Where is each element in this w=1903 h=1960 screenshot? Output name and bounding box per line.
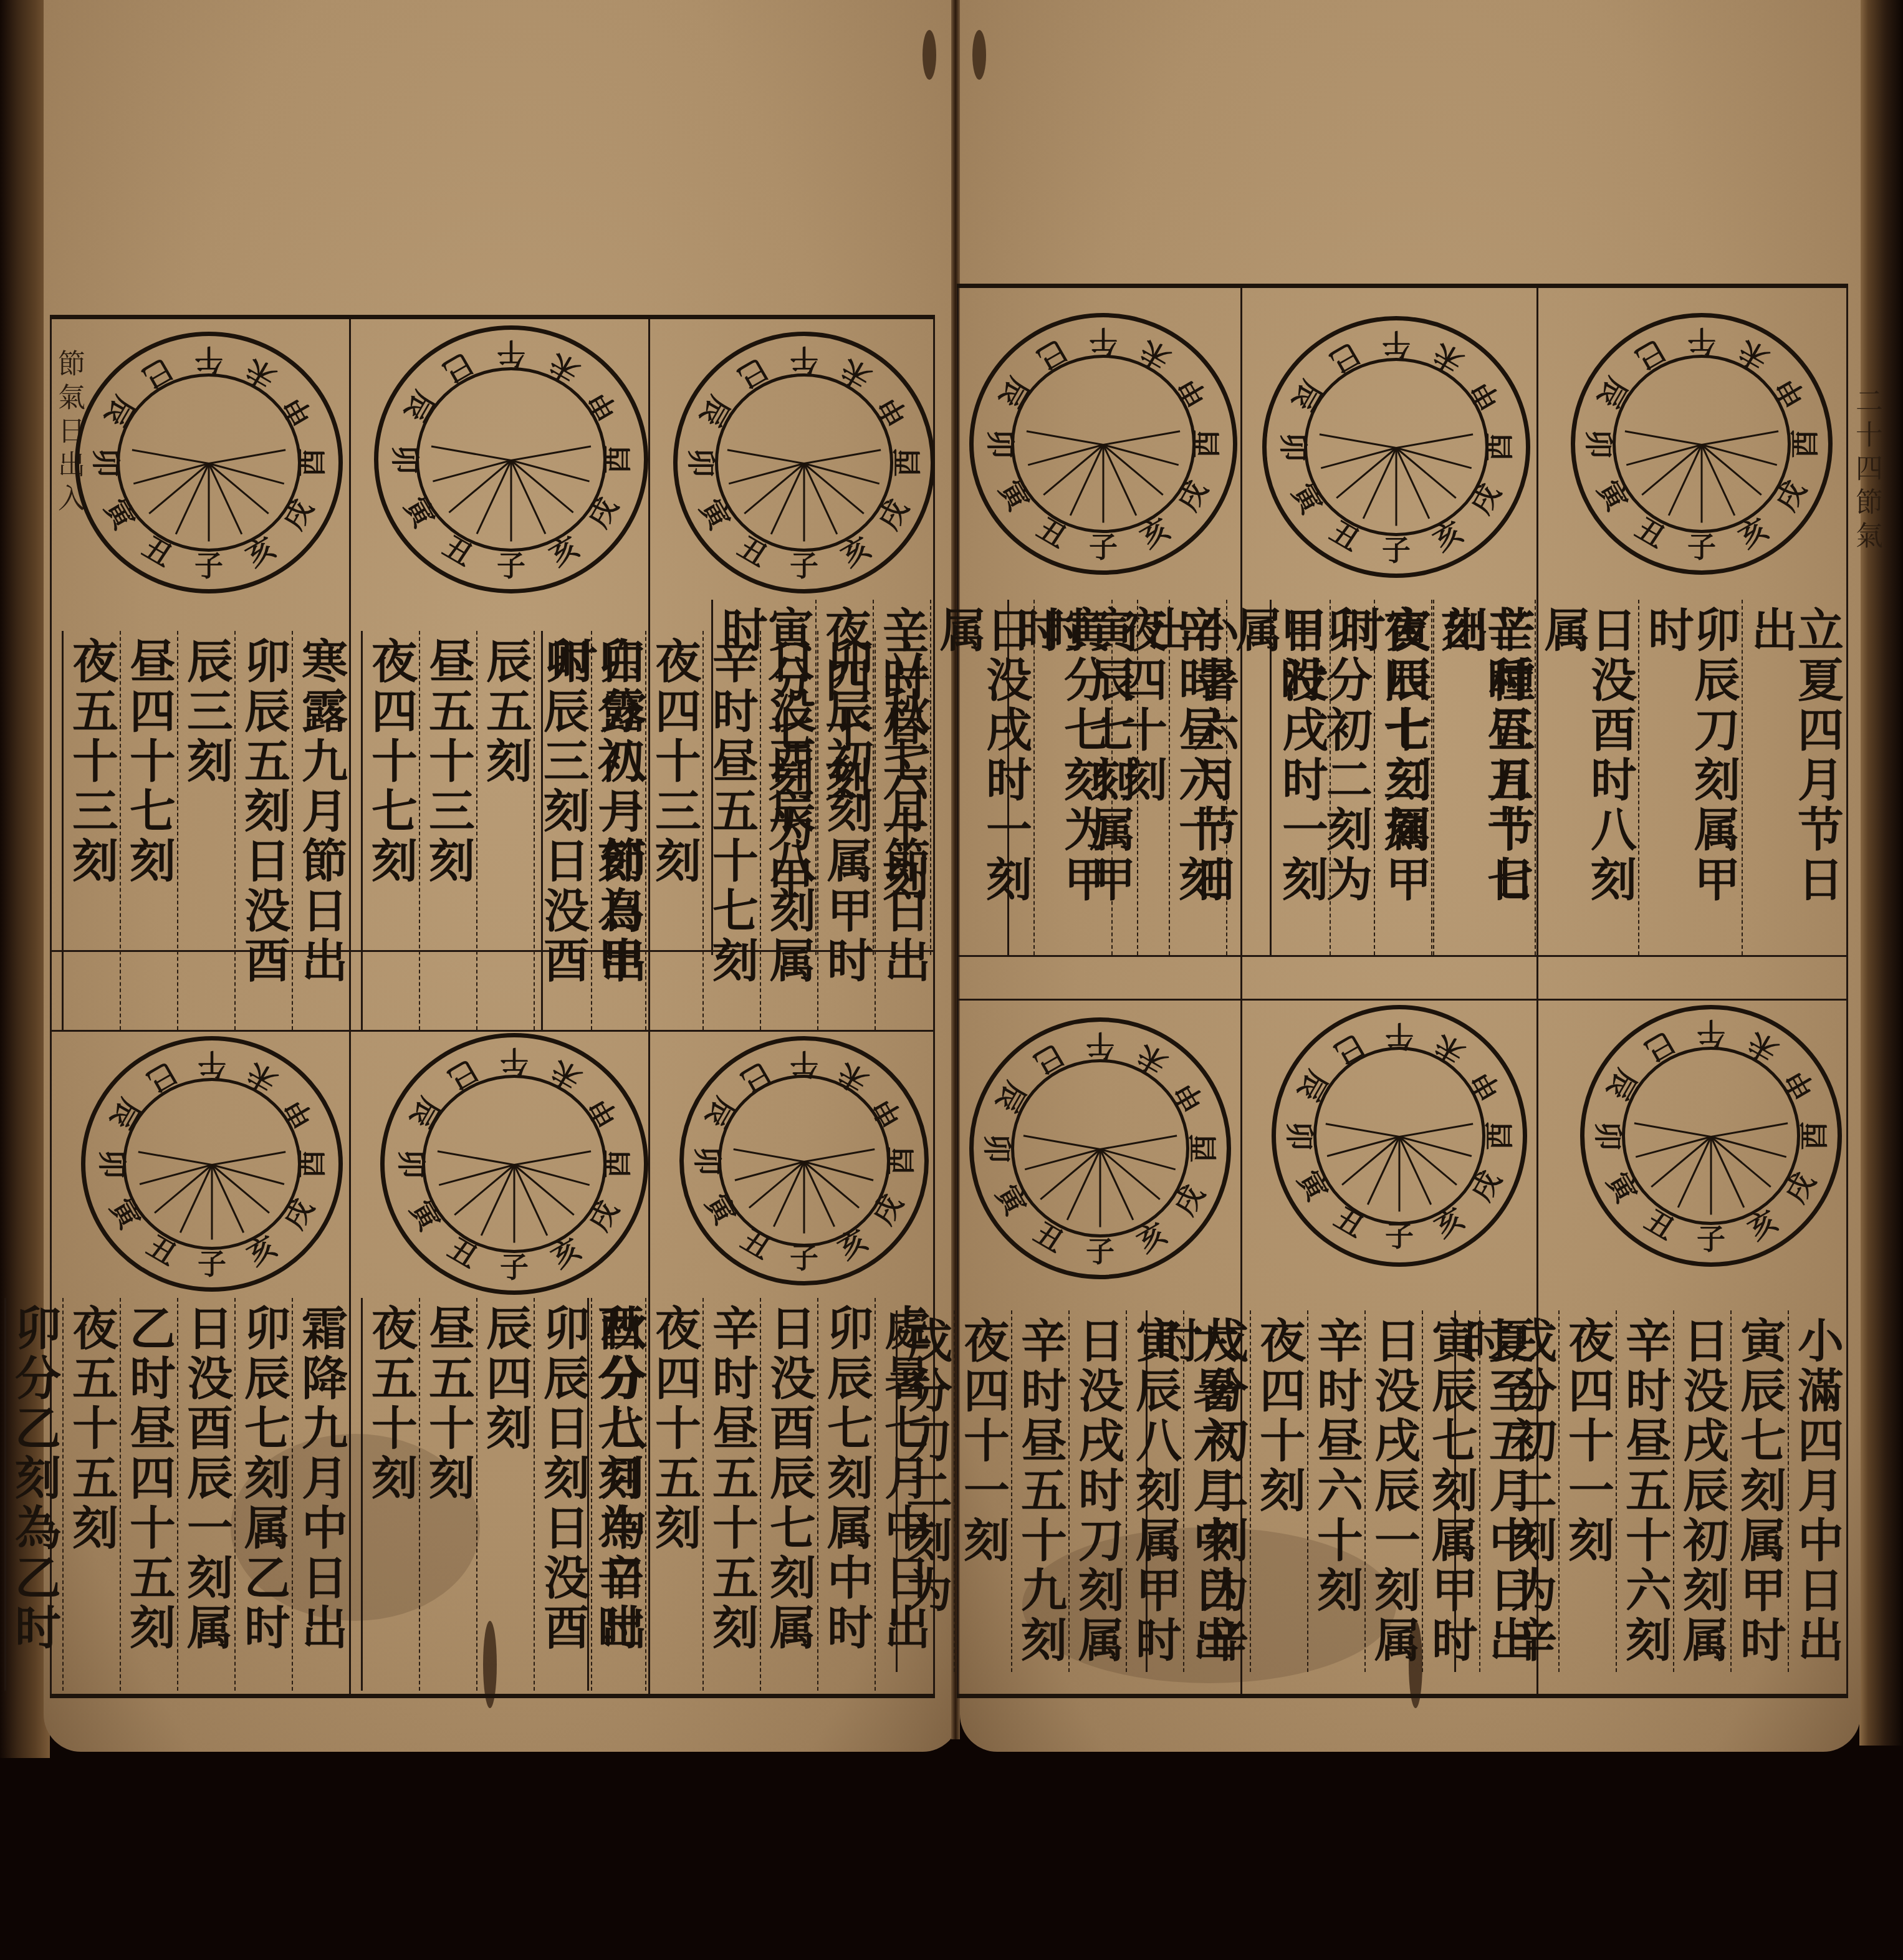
dial-branch-label: 午 <box>1083 1028 1118 1063</box>
dial-branch-label: 子 <box>1083 1234 1118 1269</box>
dial-branch-label: 卯 <box>89 445 123 480</box>
dial-branch-label: 卯 <box>394 1146 429 1181</box>
entry-lixia: 立夏四月节日出 卯辰刀刻属甲时 日没酉时八刻属 辛时昼五十七刻 夜四十三刻 卯分… <box>1536 600 1845 955</box>
entry-shuangjiang: 霜降九月中日出 卯辰七刻属乙时 日没酉辰一刻属 乙时昼四十五刻 夜五十五刻 卯分… <box>50 1298 349 1691</box>
dial-branch-label: 子 <box>1684 529 1719 564</box>
sundial-shuangjiang: 子丑寅卯辰巳午未申酉戌亥 <box>81 1036 343 1292</box>
entry-line: 辛时昼五十九刻 <box>1011 1310 1068 1672</box>
dial-branch-label: 酉 <box>600 442 635 477</box>
dial-branch-label: 酉 <box>1186 1131 1220 1166</box>
entry-line: 夜四十一刻 <box>954 1310 1011 1672</box>
dial-branch-label: 午 <box>194 1047 229 1082</box>
dial-branch-label: 午 <box>1684 324 1719 358</box>
dial-branch-label: 子 <box>1382 1218 1417 1253</box>
entry-qiufen: 秋分八月中日出 卯辰日刻日没酉 辰四刻 昼五十刻 夜五十刻 <box>349 1298 648 1691</box>
dial-branch-label: 子 <box>787 1240 822 1275</box>
entry-line: 日没戌辰一刻属 <box>1364 1310 1422 1672</box>
dial-branch-label: 卯 <box>1282 1118 1317 1153</box>
dial-ray <box>803 464 805 542</box>
dial-branch-label: 卯 <box>388 442 423 477</box>
entry-line: 立夏四月节日出 <box>1742 600 1845 955</box>
row-divider <box>50 1030 935 1032</box>
dial-branch-label: 午 <box>787 1047 822 1082</box>
dial-branch-label: 午 <box>494 336 529 371</box>
dial-ray <box>1710 1137 1712 1215</box>
right-almanac-table: 子丑寅卯辰巳午未申酉戌亥 子丑寅卯辰巳午未申酉戌亥 子丑寅卯辰巳午未申酉戌亥 立… <box>957 284 1848 1698</box>
dial-branch-label: 酉 <box>294 445 329 480</box>
dial-branch-label: 午 <box>497 1044 532 1078</box>
entry-line: 寅辰八刻属甲时 <box>1126 1310 1183 1672</box>
row-divider <box>957 955 1848 957</box>
entry-line: 夜五十刻 <box>361 1298 419 1691</box>
entry-line: 昼五十三刻 <box>419 631 476 1030</box>
dial-branch-label: 子 <box>787 548 822 583</box>
entry-line: 夜四十刻 <box>815 600 873 955</box>
entry-line: 寒露九月節日出 <box>292 631 349 1030</box>
entry-line: 日没戌时一刻属 <box>930 600 1033 955</box>
entry-line: 卯辰七刻属中时 <box>817 1298 875 1691</box>
dial-branch-label: 卯 <box>1276 430 1311 464</box>
entry-line: 日没酉时八刻属 <box>1535 600 1638 955</box>
dial-branch-label: 酉 <box>600 1146 635 1181</box>
entry-line: 寅辰七刻属甲时 <box>1730 1310 1788 1672</box>
dial-branch-label: 子 <box>1086 529 1121 564</box>
entry-line: 夜五十五刻 <box>62 1298 120 1691</box>
entry-line: 卯分乙刻為乙时 <box>4 1298 62 1691</box>
dial-branch-label: 卯 <box>983 426 1018 461</box>
entry-line: 卯辰七刻属乙时 <box>234 1298 292 1691</box>
dial-branch-label: 酉 <box>1796 1118 1831 1153</box>
sundial-qiufen: 子丑寅卯辰巳午未申酉戌亥 <box>380 1033 648 1295</box>
dial-branch-label: 子 <box>191 548 226 583</box>
entry-xiaoman: 小滿四月中日出 寅辰七刻属甲时 日没戌辰初刻属 辛时昼五十六刻 夜四十一刻 戌分… <box>1536 1310 1845 1672</box>
dial-branch-label: 卯 <box>95 1146 130 1181</box>
dial-branch-label: 午 <box>1379 327 1414 362</box>
entry-line: 秋分八月中日出 <box>591 1298 648 1691</box>
dial-branch-label: 子 <box>1694 1221 1728 1256</box>
entry-line: 小暑六月节日出 <box>1137 600 1240 955</box>
entry-dashu: 大暑六月中日出 寅辰八刻属甲时 日没戌时刀刻属 辛时昼五十九刻 夜四十一刻 戌分… <box>957 1310 1240 1672</box>
entry-line: 辰四刻 <box>476 1298 534 1691</box>
entry-line: 辛时昼六十刻 <box>873 600 930 955</box>
dial-branch-label: 酉 <box>1787 426 1822 461</box>
entry-line: 夜五十三刻 <box>62 631 120 1030</box>
binding-hole <box>972 30 986 80</box>
entry-line: 夜四十一刻 <box>1558 1310 1616 1672</box>
entry-line: 夜四十三刻 <box>645 631 702 1030</box>
sundial-bailu: 子丑寅卯辰巳午未申酉戌亥 <box>374 325 648 593</box>
sundial-hanlu: 子丑寅卯辰巳午未申酉戌亥 <box>75 332 343 593</box>
entry-line: 戌分刀二刻为 <box>896 1310 954 1672</box>
sundial-chushu: 子丑寅卯辰巳午未申酉戌亥 <box>679 1036 929 1285</box>
left-almanac-table: 子丑寅卯辰巳午未申酉戌亥 子丑寅卯辰巳午未申酉戌亥 子丑寅卯辰巳午未申酉戌亥 立… <box>50 315 935 1698</box>
entry-line: 昼四十七刻 <box>120 631 177 1030</box>
entry-line: 芒種五月节日出 <box>1433 600 1536 955</box>
entry-line: 辰三刻 <box>177 631 234 1030</box>
dial-branch-label: 子 <box>494 548 529 583</box>
dial-ray <box>211 1165 213 1240</box>
dial-ray <box>1399 1137 1401 1212</box>
entry-line: 辰五刻 <box>476 631 534 1030</box>
entry-line: 卯辰刀刻属甲时 <box>1638 600 1742 955</box>
entry-line: 卯辰三刻日没酉 <box>534 631 591 1030</box>
entry-line: 卯辰日刻日没酉 <box>534 1298 591 1691</box>
row-divider <box>957 999 1848 1001</box>
dial-branch-label: 酉 <box>889 445 924 480</box>
dial-branch-label: 午 <box>191 342 226 377</box>
entry-line: 乙时昼四十五刻 <box>120 1298 177 1691</box>
dial-branch-label: 酉 <box>1482 1118 1517 1153</box>
entry-line: 日没酉辰一刻属 <box>177 1298 234 1691</box>
binding-hole <box>923 30 936 80</box>
entry-line: 夜四十五刻 <box>645 1298 702 1691</box>
column-divider <box>1846 288 1848 1694</box>
fold-margin-text-right: 二十四節氣 <box>1846 387 1886 948</box>
dial-ray <box>803 1162 805 1234</box>
dial-branch-label: 卯 <box>684 445 719 480</box>
entry-hanlu: 寒露九月節日出 卯辰五刻日没酉 辰三刻 昼四十七刻 夜五十三刻 <box>50 631 349 1030</box>
entry-line: 辛时昼五十六刻 <box>1616 1310 1673 1672</box>
entry-line: 大暑六月中日出 <box>1183 1310 1240 1672</box>
sundial-xiazhi: 子丑寅卯辰巳午未申酉戌亥 <box>1272 1005 1527 1267</box>
entry-line: 日没戌时一刻属 <box>1226 600 1330 955</box>
dial-ray <box>514 1165 515 1243</box>
dial-branch-label: 子 <box>194 1246 229 1281</box>
dial-branch-label: 午 <box>1382 1019 1417 1054</box>
dial-ray <box>208 464 210 542</box>
entry-line: 日没戌时刀刻属 <box>1068 1310 1126 1672</box>
dial-branch-label: 卯 <box>1581 426 1616 461</box>
dial-branch-label: 午 <box>787 342 822 377</box>
dial-ray <box>1100 1150 1101 1227</box>
entry-line: 小滿四月中日出 <box>1788 1310 1845 1672</box>
entry-line: 卯辰五刻日没酉 <box>234 631 292 1030</box>
open-book: 二十四節氣 節氣日出入 子丑寅卯辰巳午未申酉戌亥 子丑寅卯辰巳午未申酉戌亥 子丑… <box>0 0 1903 1777</box>
entry-line: 寅分七刻为甲时 <box>711 600 815 955</box>
entry-line: 霜降九月中日出 <box>292 1298 349 1691</box>
entry-line: 昼五十刻 <box>419 1298 476 1691</box>
dial-branch-label: 卯 <box>1591 1118 1626 1153</box>
sundial-lixia: 子丑寅卯辰巳午未申酉戌亥 <box>1571 313 1833 575</box>
sundial-xiaoshu: 子丑寅卯辰巳午未申酉戌亥 <box>969 313 1237 575</box>
entry-mangzhong: 芒種五月节日出 寅辰七刻属甲时 日没戌时一刻属 辛时昼六十刻 夜四十刻 寅分七刻… <box>1240 600 1536 955</box>
entry-line: 日没戌辰初刻属 <box>1673 1310 1730 1672</box>
dial-branch-label: 酉 <box>1482 430 1517 464</box>
entry-line: 夜四十刻 <box>1250 1310 1307 1672</box>
entry-line: 寅辰七刻属甲时 <box>1330 600 1433 955</box>
entry-line: 辛时昼五十五刻 <box>702 1298 760 1691</box>
entry-line: 夜四十七刻 <box>361 631 419 1030</box>
dial-branch-label: 午 <box>1086 324 1121 358</box>
dial-branch-label: 子 <box>1379 532 1414 567</box>
sundial-xiaoman: 子丑寅卯辰巳午未申酉戌亥 <box>1580 1005 1842 1267</box>
dial-branch-label: 酉 <box>294 1146 329 1181</box>
dial-ray <box>1701 445 1703 523</box>
dial-branch-label: 午 <box>1694 1016 1728 1050</box>
dial-ray <box>1103 445 1105 523</box>
entry-line: 寅辰七刻属甲时 <box>1422 1310 1479 1672</box>
entry-line: 寅辰七刻属甲时 <box>1033 600 1137 955</box>
dial-branch-label: 酉 <box>1189 426 1224 461</box>
entry-line: 辛时昼六十刻 <box>1307 1310 1364 1672</box>
dial-branch-label: 子 <box>497 1249 532 1284</box>
entry-line: 夏至五月中日出 <box>1479 1310 1536 1672</box>
entry-xiazhi: 夏至五月中日出 寅辰七刻属甲时 日没戌辰一刻属 辛时昼六十刻 夜四十刻 戌分初二… <box>1240 1310 1536 1672</box>
entry-chushu: 處暑七月中日出 卯辰七刻属中时 日没酉辰七刻属 辛时昼五十五刻 夜四十五刻 酉分… <box>648 1298 932 1691</box>
dial-ray <box>1396 448 1397 526</box>
sundial-dashu: 子丑寅卯辰巳午未申酉戌亥 <box>969 1017 1231 1279</box>
entry-bailu: 白露八月節日出 卯辰三刻日没酉 辰五刻 昼五十三刻 夜四十七刻 <box>349 631 648 1030</box>
sundial-mangzhong: 子丑寅卯辰巳午未申酉戌亥 <box>1262 316 1530 578</box>
dial-branch-label: 卯 <box>980 1131 1015 1166</box>
dial-branch-label: 卯 <box>690 1143 725 1178</box>
entry-xiaoshu: 小暑六月节日出 寅辰七刻属甲时 日没戌时一刻属 辛时昼六十刻 夜四十刻 寅分七刻… <box>957 600 1240 955</box>
dial-branch-label: 酉 <box>883 1143 918 1178</box>
entry-line: 白露八月節日出 <box>591 631 648 1030</box>
entry-line: 日没酉辰七刻属 <box>760 1298 817 1691</box>
dial-ray <box>511 461 512 542</box>
sundial-liqiu: 子丑寅卯辰巳午未申酉戌亥 <box>673 332 935 593</box>
